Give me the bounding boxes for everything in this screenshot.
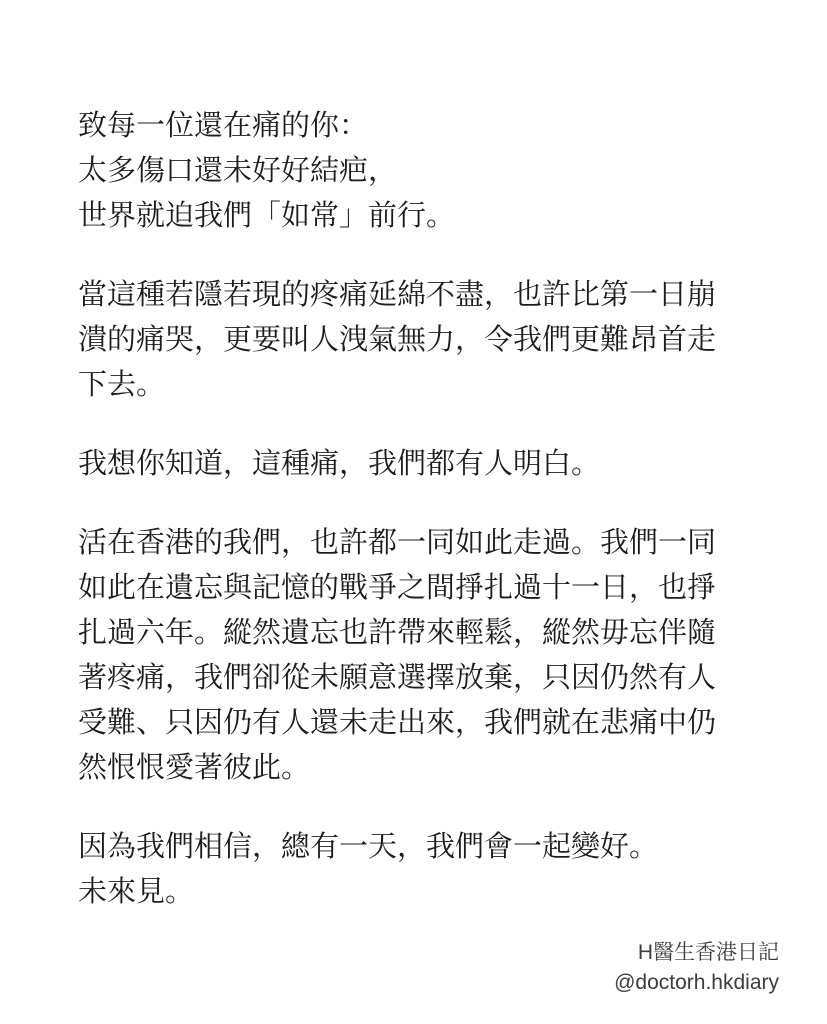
text-line: 著疼痛，我們卻從未願意選擇放棄，只因仍然有人 bbox=[78, 656, 778, 701]
text-line: 致每一位還在痛的你： bbox=[78, 104, 778, 149]
text-line: 潰的痛哭，更要叫人洩氣無力，令我們更難昂首走 bbox=[78, 318, 778, 363]
text-line: 因為我們相信，總有一天，我們會一起變好。 bbox=[78, 825, 778, 870]
text-line: 受難、只因仍有人還未走出來，我們就在悲痛中仍 bbox=[78, 701, 778, 746]
text-line: 如此在遺忘與記憶的戰爭之間掙扎過十一日，也掙 bbox=[78, 566, 778, 611]
text-line: 下去。 bbox=[78, 363, 778, 408]
paragraph-pain: 當這種若隱若現的疼痛延綿不盡，也許比第一日崩 潰的痛哭，更要叫人洩氣無力，令我們… bbox=[78, 273, 778, 408]
paragraph-closing: 因為我們相信，總有一天，我們會一起變好。 未來見。 bbox=[78, 825, 778, 915]
text-line: 世界就迫我們「如常」前行。 bbox=[78, 194, 778, 239]
author-name: H醫生香港日記 bbox=[614, 938, 779, 968]
signature-block: H醫生香港日記 @doctorh.hkdiary bbox=[614, 938, 779, 998]
text-line: 扎過六年。縱然遺忘也許帶來輕鬆，縱然毋忘伴隨 bbox=[78, 611, 778, 656]
paragraph-understanding: 我想你知道，這種痛，我們都有人明白。 bbox=[78, 442, 778, 487]
author-handle: @doctorh.hkdiary bbox=[614, 968, 779, 998]
text-line: 太多傷口還未好好結疤， bbox=[78, 149, 778, 194]
text-line: 未來見。 bbox=[78, 870, 778, 915]
paragraph-hongkong: 活在香港的我們，也許都一同如此走過。我們一同 如此在遺忘與記憶的戰爭之間掙扎過十… bbox=[78, 521, 778, 791]
paragraph-opening: 致每一位還在痛的你： 太多傷口還未好好結疤， 世界就迫我們「如常」前行。 bbox=[78, 104, 778, 239]
text-line: 活在香港的我們，也許都一同如此走過。我們一同 bbox=[78, 521, 778, 566]
text-line: 當這種若隱若現的疼痛延綿不盡，也許比第一日崩 bbox=[78, 273, 778, 318]
text-post-page: { "page": { "background": "#ffffff", "te… bbox=[0, 0, 827, 1024]
text-line: 我想你知道，這種痛，我們都有人明白。 bbox=[78, 442, 778, 487]
text-card: 致每一位還在痛的你： 太多傷口還未好好結疤， 世界就迫我們「如常」前行。 當這種… bbox=[78, 104, 778, 915]
text-line: 然恨恨愛著彼此。 bbox=[78, 746, 778, 791]
